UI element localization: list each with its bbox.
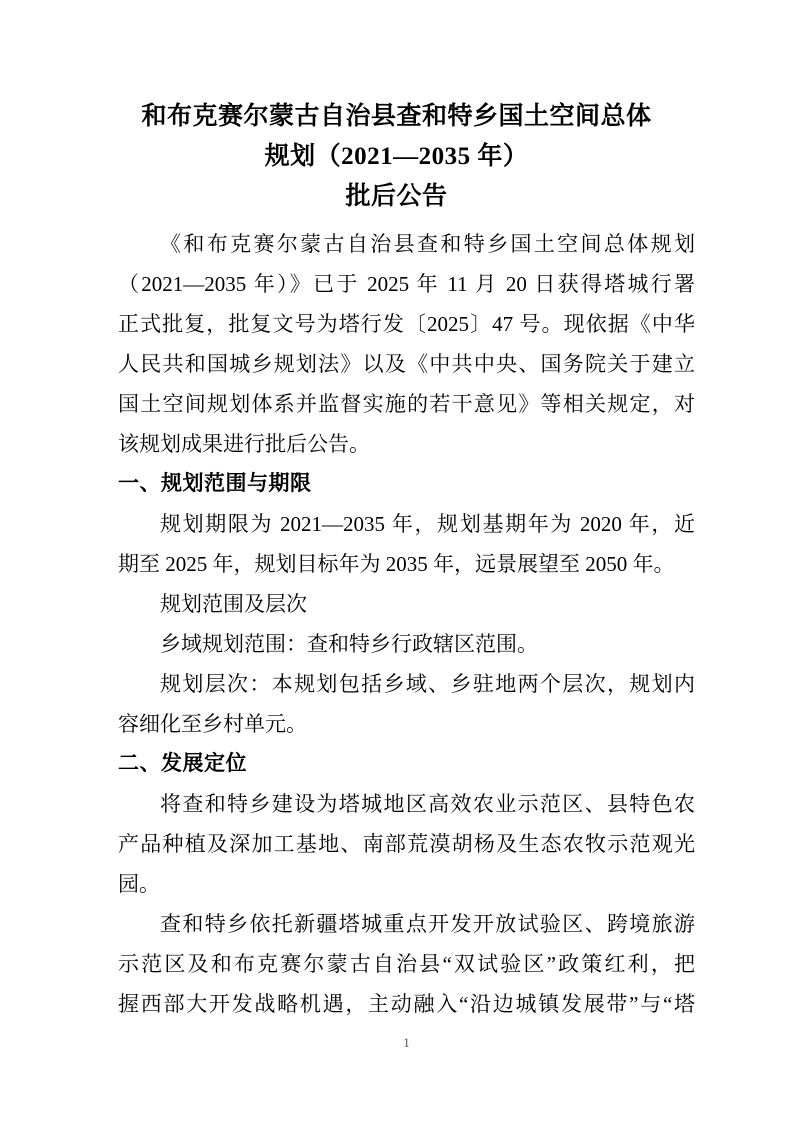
body-line: 正式批复，批复文号为塔行发〔2025〕47 号。现依据《中华 — [118, 304, 695, 344]
title-line: 规划（2021—2035 年） — [0, 137, 793, 177]
body-line: 规划期限为 2021—2035 年，规划基期年为 2020 年，近 — [118, 504, 695, 544]
section-heading: 二、发展定位 — [118, 744, 695, 784]
title-line: 批后公告 — [0, 177, 793, 217]
body-line: 期至 2025 年，规划目标年为 2035 年，远景展望至 2050 年。 — [118, 544, 695, 584]
body-line: 国土空间规划体系并监督实施的若干意见》等相关规定，对 — [118, 384, 695, 424]
body-line: 规划层次：本规划包括乡域、乡驻地两个层次，规划内 — [118, 664, 695, 704]
page-number: 1 — [403, 1035, 410, 1050]
document-body: 《和布克赛尔蒙古自治县查和特乡国土空间总体规划（2021—2035 年）》已于 … — [118, 224, 695, 1024]
body-line: 示范区及和布克赛尔蒙古自治县“双试验区”政策红利，把 — [118, 944, 695, 984]
body-line: 将查和特乡建设为塔城地区高效农业示范区、县特色农 — [118, 784, 695, 824]
body-line: 规划范围及层次 — [118, 584, 695, 624]
body-line: 园。 — [118, 864, 695, 904]
body-line: 该规划成果进行批后公告。 — [118, 424, 695, 464]
body-line: 《和布克赛尔蒙古自治县查和特乡国土空间总体规划 — [118, 224, 695, 264]
document-page: 和布克赛尔蒙古自治县查和特乡国土空间总体规划（2021—2035 年）批后公告 … — [0, 0, 793, 1122]
body-line: 查和特乡依托新疆塔城重点开发开放试验区、跨境旅游 — [118, 904, 695, 944]
body-line: （2021—2035 年）》已于 2025 年 11 月 20 日获得塔城行署 — [118, 264, 695, 304]
page-footer: 1 — [118, 1034, 695, 1052]
body-line: 握西部大开发战略机遇，主动融入“沿边城镇发展带”与“塔 — [118, 984, 695, 1024]
body-line: 乡域规划范围：查和特乡行政辖区范围。 — [118, 624, 695, 664]
section-heading: 一、规划范围与期限 — [118, 464, 695, 504]
title-line: 和布克赛尔蒙古自治县查和特乡国土空间总体 — [0, 97, 793, 137]
body-line: 人民共和国城乡规划法》以及《中共中央、国务院关于建立 — [118, 344, 695, 384]
body-line: 产品种植及深加工基地、南部荒漠胡杨及生态农牧示范观光 — [118, 824, 695, 864]
document-title: 和布克赛尔蒙古自治县查和特乡国土空间总体规划（2021—2035 年）批后公告 — [0, 97, 793, 217]
body-line: 容细化至乡村单元。 — [118, 704, 695, 744]
